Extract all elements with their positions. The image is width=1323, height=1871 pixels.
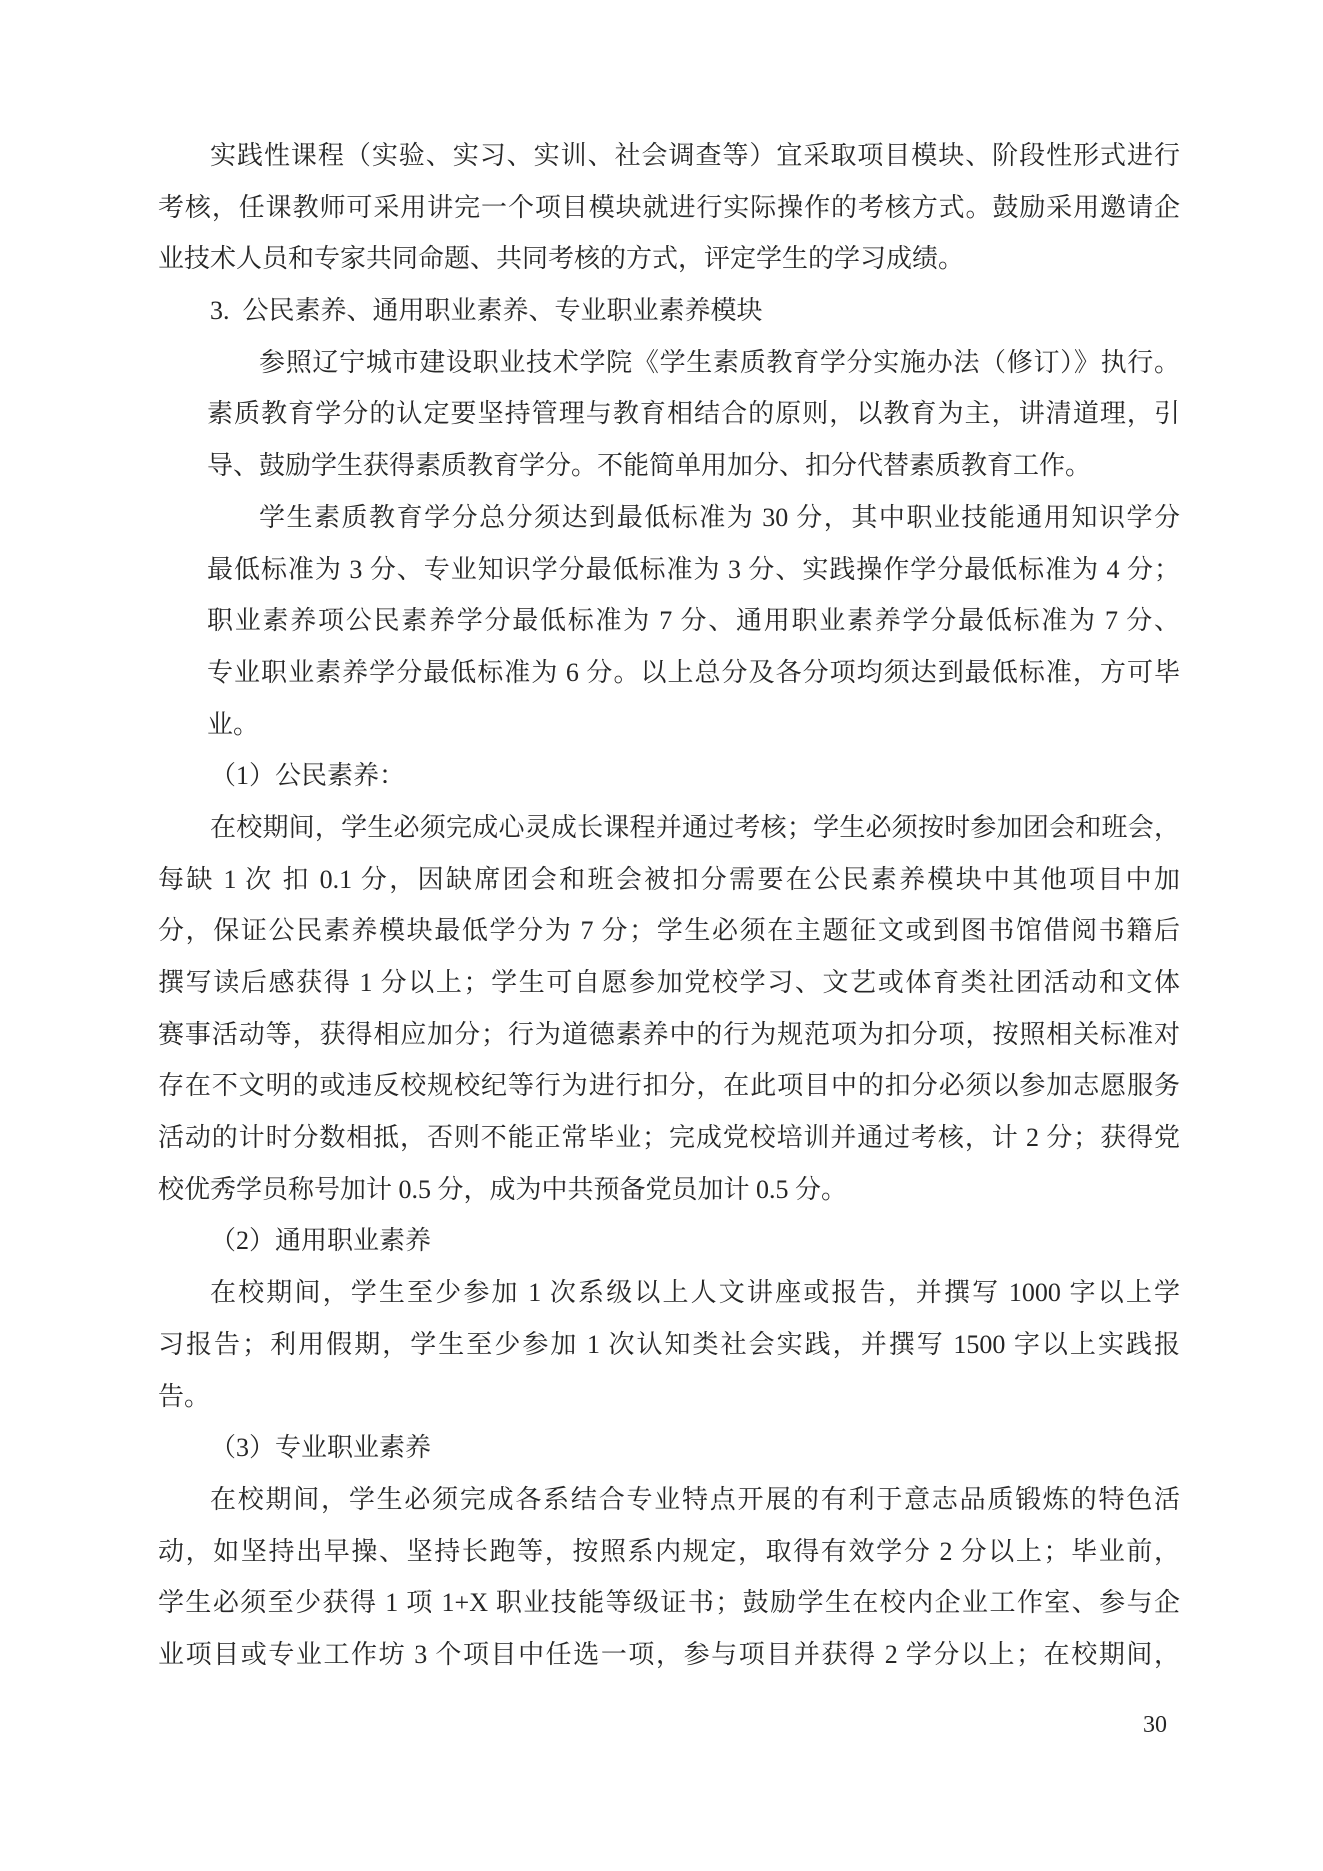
text-line: 在校期间，学生必须完成各系结合专业特点开展的有利于意志品质锻炼的特色活 [158,1474,1180,1526]
text-line: 动，如坚持出早操、坚持长跑等，按照系内规定，取得有效学分 2 分以上；毕业前， [158,1526,1180,1578]
text-line: （1）公民素养： [158,750,1180,802]
text-line: 校优秀学员称号加计 0.5 分，成为中共预备党员加计 0.5 分。 [158,1164,1180,1216]
text-line: 实践性课程（实验、实习、实训、社会调查等）宜采取项目模块、阶段性形式进行 [158,130,1180,182]
text-line: 素质教育学分的认定要坚持管理与教育相结合的原则，以教育为主，讲清道理，引 [207,388,1180,440]
text-line: 分，保证公民素养模块最低学分为 7 分；学生必须在主题征文或到图书馆借阅书籍后 [158,905,1180,957]
text-line: 在校期间，学生至少参加 1 次系级以上人文讲座或报告，并撰写 1000 字以上学 [158,1267,1180,1319]
text-line: 业项目或专业工作坊 3 个项目中任选一项，参与项目并获得 2 学分以上；在校期间… [158,1629,1180,1681]
text-line: （3）专业职业素养 [158,1422,1180,1474]
text-line: 赛事活动等，获得相应加分；行为道德素养中的行为规范项为扣分项，按照相关标准对 [158,1009,1180,1061]
text-line: 3. 公民素养、通用职业素养、专业职业素养模块 [158,285,1180,337]
text-line: 最低标准为 3 分、专业知识学分最低标准为 3 分、实践操作学分最低标准为 4 … [207,544,1180,596]
text-line: 考核，任课教师可采用讲完一个项目模块就进行实际操作的考核方式。鼓励采用邀请企 [158,182,1180,234]
page-number: 30 [1143,1710,1167,1740]
text-line: 习报告；利用假期，学生至少参加 1 次认知类社会实践，并撰写 1500 字以上实… [158,1319,1180,1371]
text-line: 告。 [158,1371,1180,1423]
text-line: 撰写读后感获得 1 分以上；学生可自愿参加党校学习、文艺或体育类社团活动和文体 [158,957,1180,1009]
document-page: 实践性课程（实验、实习、实训、社会调查等）宜采取项目模块、阶段性形式进行考核，任… [0,0,1323,1871]
text-line: 业技术人员和专家共同命题、共同考核的方式，评定学生的学习成绩。 [158,233,1180,285]
document-body: 实践性课程（实验、实习、实训、社会调查等）宜采取项目模块、阶段性形式进行考核，任… [158,130,1180,1681]
text-line: 学生必须至少获得 1 项 1+X 职业技能等级证书；鼓励学生在校内企业工作室、参… [158,1577,1180,1629]
text-line: 学生素质教育学分总分须达到最低标准为 30 分，其中职业技能通用知识学分 [207,492,1180,544]
text-line: 业。 [207,699,1180,751]
text-line: （2）通用职业素养 [158,1215,1180,1267]
text-line: 导、鼓励学生获得素质教育学分。不能简单用加分、扣分代替素质教育工作。 [207,440,1180,492]
text-line: 每缺 1 次 扣 0.1 分，因缺席团会和班会被扣分需要在公民素养模块中其他项目… [158,854,1180,906]
text-line: 活动的计时分数相抵，否则不能正常毕业；完成党校培训并通过考核，计 2 分；获得党 [158,1112,1180,1164]
text-line: 职业素养项公民素养学分最低标准为 7 分、通用职业素养学分最低标准为 7 分、 [207,595,1180,647]
text-line: 专业职业素养学分最低标准为 6 分。以上总分及各分项均须达到最低标准，方可毕 [207,647,1180,699]
text-line: 在校期间，学生必须完成心灵成长课程并通过考核；学生必须按时参加团会和班会， [158,802,1180,854]
text-line: 参照辽宁城市建设职业技术学院《学生素质教育学分实施办法（修订）》执行。 [207,337,1180,389]
text-line: 存在不文明的或违反校规校纪等行为进行扣分，在此项目中的扣分必须以参加志愿服务 [158,1060,1180,1112]
